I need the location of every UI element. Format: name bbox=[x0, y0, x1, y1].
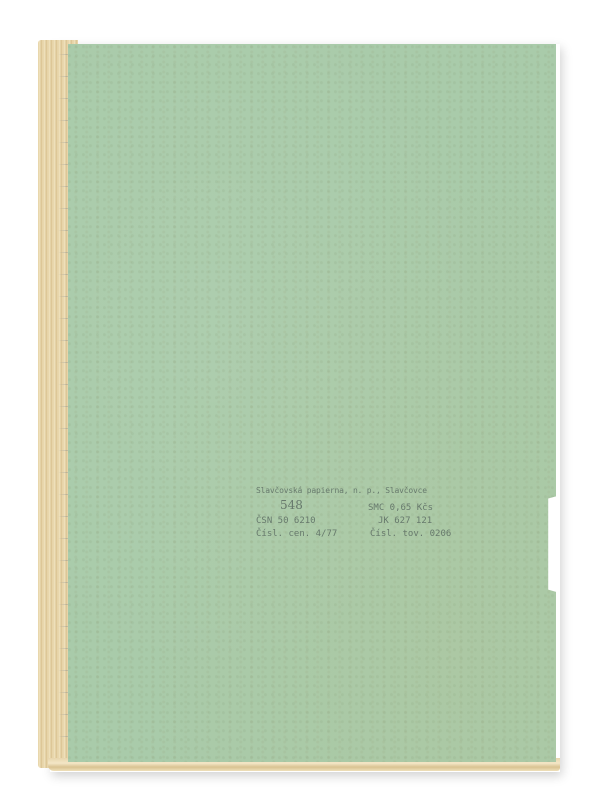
standard-code: ČSN 50 6210 bbox=[256, 516, 316, 526]
notebook-photo: Slavčovská papierna, n. p., Slavčovce 54… bbox=[0, 0, 598, 800]
printer-imprint: Slavčovská papierna, n. p., Slavčovce 54… bbox=[254, 486, 454, 546]
product-number: 548 bbox=[280, 498, 303, 512]
product-code: Čísl. tov. 0206 bbox=[370, 529, 451, 539]
price: SMC 0,65 Kčs bbox=[368, 503, 433, 513]
jk-code: JK 627 121 bbox=[378, 516, 432, 526]
price-list: Čísl. cen. 4/77 bbox=[256, 529, 337, 539]
maker-name: Slavčovská papierna, n. p., Slavčovce bbox=[256, 486, 427, 495]
back-cover bbox=[68, 44, 556, 762]
